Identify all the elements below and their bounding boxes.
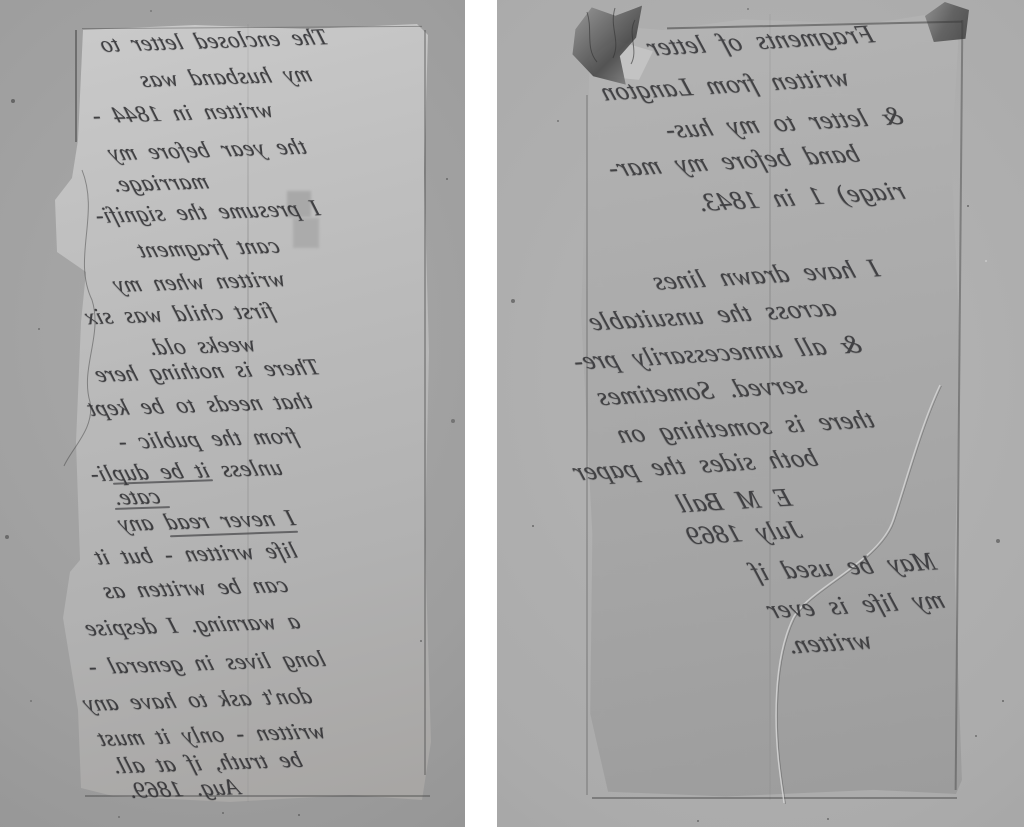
handwriting-line: Aug. 1869. — [124, 774, 244, 804]
photo-gutter — [465, 0, 497, 827]
paper-edge-line — [592, 797, 957, 799]
paper-edge-line — [424, 30, 426, 775]
paper-edge-line — [586, 95, 588, 795]
dust-specks — [497, 0, 499, 2]
handwriting-line: written. — [782, 626, 876, 661]
dust-specks — [0, 0, 2, 2]
paper-edge-line — [75, 30, 77, 142]
photograph-canvas: { "colors": { "gutter": "#ffffff", "phot… — [0, 0, 1024, 827]
photo-panel-left: The enclosed letter to my husband was wr… — [0, 0, 465, 827]
handwriting-line: cant fragment — [134, 233, 283, 264]
stain-patch — [293, 218, 319, 248]
photo-panel-right: Fragments of letter written from Langton… — [497, 0, 1024, 827]
handwriting-line: marriage. — [108, 168, 212, 197]
